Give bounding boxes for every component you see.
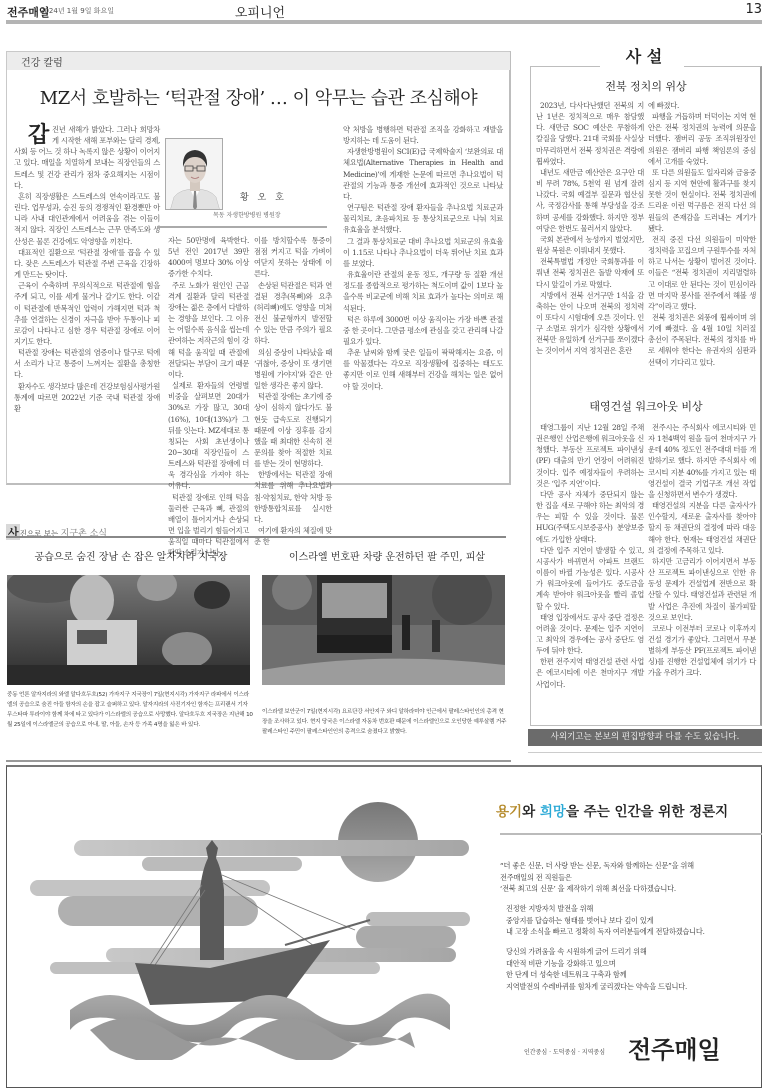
ad-line: 대안적 비판 기능을 강화하고 있으며 xyxy=(506,958,687,970)
paragraph: 약 처방을 병행하면 턱관절 조직을 강화하고 재발을 방지하는 데 도움이 된… xyxy=(343,124,503,146)
ad-slogan: 용기와 희망을 주는 인간을 위한 정론지 xyxy=(496,800,728,820)
paragraph: 전북 정치권은 외풍에 휩싸이며 위기에 빠졌다. 올 4월 10일 치러질 총… xyxy=(648,312,756,368)
ad-line: 진정한 지방자치 발전을 위해 xyxy=(506,903,705,915)
ad-motto: 인간중심 · 도덕중심 · 지역중심 xyxy=(524,1047,605,1056)
paragraph: 손상된 턱관절은 턱과 연결된 경추(목뼈)와 요추(허리뼈)에도 영향을 미쳐… xyxy=(254,280,332,347)
paragraph: 유효율이란 관절의 운동 정도, 개구량 등 질환 개선 정도를 종합적으로 평… xyxy=(343,269,503,314)
paragraph: 그 결과 통상치료군 대비 추나요법 치료군의 유효율이 1.15로 나타나 추… xyxy=(343,236,503,269)
editorial-2-left: 태영그룹이 지난 12월 28일 주채권은행인 산업은행에 워크아웃을 신청했다… xyxy=(536,422,644,690)
paragraph: 전북특별법 개정안 국회통과를 이뤄낸 전북 정치권은 돌발 악재에 또다시 앞… xyxy=(536,256,644,289)
ad-line: “더 좋은 신문, 더 사랑 받는 신문, 독자와 함께하는 신문”을 위해 xyxy=(500,860,694,872)
column-tag-bar: 건강 칼럼 xyxy=(7,52,510,70)
photo-grieving-journalist xyxy=(7,575,250,685)
author-affiliation: 목동 자생한방병원 병원장 xyxy=(213,210,281,219)
ad-paragraph-3: 당신의 가려움을 속 시원하게 긁어 드리기 위해 대안적 비판 기능을 강화하… xyxy=(506,946,687,992)
paragraph: 턱관절 장애는 턱관절의 염증이나 탈구로 턱에서 소리가 나고 통증이 느껴지… xyxy=(14,347,160,380)
paragraph: 또 다른 의원들도 일자리와 금융중심지 등 지역 현안에 활과구를 찾지 못한… xyxy=(648,167,756,234)
author-name: 황 오 호 xyxy=(240,190,287,203)
paragraph: 주로 노화가 원인인 근골격계 질환과 달리 턱관절 장애는 젊은 층에서 다발… xyxy=(168,280,249,380)
paragraph: 태영 입장에서도 공사 중단 결정은 어려울 것이다. 문제는 입주 지연이고 … xyxy=(536,612,644,657)
ad-line: 당신의 가려움을 속 시원하게 긁어 드리기 위해 xyxy=(506,946,687,958)
paragraph: 의심 증상이 나타났을 때 ‘귀찮아, 증상이 또 생기면 병원에 가야지’와 … xyxy=(254,347,332,392)
column-text-col1: 갑 진년 새해가 밝았다. 그러나 희망차게 시작한 새해 포부와는 달리 경제… xyxy=(14,124,160,414)
photo-vehicle-scene xyxy=(262,575,505,685)
editorial-1-right: 에 빠졌다. 파행을 거듭하며 터덕이는 지역 현안은 전북 정치권의 능력에 … xyxy=(648,100,756,368)
editorial-2-right: 전주시는 주식회사 에코시티와 민자 1천4백억 원을 들여 천마지구 가운데 … xyxy=(648,422,756,679)
editorial-1-left: 2023년, 다사다난했던 전북의 지난 1년은 정치적으로 매우 참담했다. … xyxy=(536,100,644,357)
photo-news-rule xyxy=(6,536,506,538)
slogan-rest: 을 주는 인간을 위한 정론지 xyxy=(566,804,728,820)
column-tag: 건강 칼럼 xyxy=(21,54,63,69)
paragraph: 추운 날씨와 함께 궂은 일들이 팍팍해지는 요즘, 이를 악물겠다는 각오로 … xyxy=(343,347,503,392)
paragraph: 내년도 새만금 예산안은 요구안 대비 무려 78%, 5천억 원 넘게 잘려나… xyxy=(536,167,644,234)
ad-line: 중앙지를 답습하는 형태를 벗어나 보다 깊이 있게 xyxy=(506,915,705,927)
paper-logo: 전주매일 xyxy=(628,1030,721,1065)
disclaimer-rule xyxy=(528,752,762,753)
header-rule xyxy=(6,20,762,24)
editorial-headline-2[interactable]: 태영건설 워크아웃 비상 xyxy=(530,398,762,414)
column-headline[interactable]: MZ서 호발하는 ‘턱관절 장애’ … 이 악무는 습관 조심해야 xyxy=(7,84,510,110)
paragraph: 흔히 직장생활은 스트레스의 연속이라고도 불린다. 업무성과, 승진 등의 경… xyxy=(14,191,160,247)
paragraph: 코로나 이전부터 코로나 이후까지 건설 경기가 좋았다. 그러면서 무분별하게… xyxy=(648,623,756,679)
slogan-hope: 희망 xyxy=(540,804,566,820)
ad-line: 전주매일의 전 직원들은 xyxy=(500,872,694,884)
paragraph: 근육이 수축하며 무의식적으로 턱관절에 힘을 주게 되고, 이를 세게 물거나… xyxy=(14,280,160,347)
photo-news-bottom-rule xyxy=(6,760,511,762)
ad-line: 한 단계 더 성숙한 네트워크 구축과 함께 xyxy=(506,969,687,981)
disclaimer-bar: 사외기고는 본보의 편집방향과 다를 수도 있습니다. xyxy=(528,729,762,746)
author-divider xyxy=(157,226,327,228)
paragraph: 턱은 하루에 3000번 이상 움직이는 가장 바쁜 관절 중 한 곳이다. 그… xyxy=(343,314,503,347)
paragraph: 대표적인 질환으로 ‘턱관절 장애’를 꼽을 수 있다. 잦은 스트레스가 턱관… xyxy=(14,247,160,280)
paragraph: 환자수도 생각보다 많은데 건강보험심사평가원 통계에 따르면 2022년 기준… xyxy=(14,381,160,414)
paragraph: 지방에서 전북 선거구만 1석을 감축하는 안이 나오며 전북의 정치력이 또다… xyxy=(536,290,644,357)
paragraph: 태영건설의 지분을 다른 출자사가 인수할지, 새로운 출자사를 찾아야 할지 … xyxy=(648,500,756,556)
paragraph: 이를 방치할수록 통증이 점점 커지고 턱을 가벼이 여닫지 못하는 상태에 이… xyxy=(254,235,332,280)
ad-paragraph-1: “더 좋은 신문, 더 사랑 받는 신문, 독자와 함께하는 신문”을 위해 전… xyxy=(500,860,694,895)
paragraph: 실제로 환자들의 연령별 비중을 살펴보면 20대가 30%로 가장 많고, 3… xyxy=(168,380,249,492)
paragraph: 연구팀은 턱관절 장애 환자들을 추나요법 치료군과 물리치료, 초음파치료 등… xyxy=(343,202,503,235)
photo-caption-1: 중동 언론 알자지라의 와엘 알다흐두흐(52) 가자지구 지국장이 7일(현지… xyxy=(7,690,253,730)
column-text-col3: 이를 방치할수록 통증이 점점 커지고 턱을 가벼이 여닫지 못하는 상태에 이… xyxy=(254,235,332,547)
paragraph: 국회 본관에서 농성까지 벌였지만, 원상 복원은 이뤄내지 못했다. xyxy=(536,234,644,256)
ad-line: ‘전북 최고의 신문’ 을 제작하기 위해 최선을 다하겠습니다. xyxy=(500,883,694,895)
paragraph: 전직 중진 다선 의원들이 미약한 정치력을 꼬집으며 구원투수를 자처하고 나… xyxy=(648,234,756,312)
paragraph: 2023년, 다사다난했던 전북의 지난 1년은 정치적으로 매우 참담했다. … xyxy=(536,100,644,167)
slogan-connector: 와 xyxy=(522,804,540,820)
paragraph: 하지만 고금리가 이어지면서 부동산 프로젝트 파이낸싱으로 인한 유동성 문제… xyxy=(648,556,756,623)
ship-illustration xyxy=(30,800,470,1060)
photo-news-title-2[interactable]: 이스라엘 번호판 차량 운전하던 팔 주민, 피살 xyxy=(262,548,512,563)
slogan-courage: 용기 xyxy=(496,804,522,820)
column-text-col4: 약 처방을 병행하면 턱관절 조직을 강화하고 재발을 방지하는 데 도움이 된… xyxy=(343,124,503,392)
paragraph: 전주시는 주식회사 에코시티와 민자 1천4백억 원을 들여 천마지구 가운데 … xyxy=(648,422,756,500)
ad-paragraph-2: 진정한 지방자치 발전을 위해 중앙지를 답습하는 형태를 벗어나 보다 깊이 … xyxy=(506,903,705,938)
page-number: 13 xyxy=(745,2,762,17)
paragraph: 한방에서는 턱관절 장애 치료를 위해 추나요법과 침·약침치료, 한약 처방 … xyxy=(254,469,332,525)
ad-divider xyxy=(500,833,762,835)
paragraph: 자생한방병원이 SCI(E)급 국제학술지 ‘보완의료 대체요법(Alterna… xyxy=(343,146,503,202)
paragraph: 자는 50만명에 육박한다. 5년 전인 2017년 39만4000여 명보다 … xyxy=(168,235,249,280)
paragraph: 한편 전주지역 태영건설 관련 사업은 에코시티에 이은 천마지구 개발 사업이… xyxy=(536,656,644,689)
ad-line: 지역발전의 수레바퀴를 힘차게 굴리겠다는 약속을 드립니다. xyxy=(506,981,687,993)
photo-news-title-1[interactable]: 공습으로 숨진 장남 손 잡은 알자지라 지국장 xyxy=(6,548,256,563)
paragraph: 다만 입주 지연이 발생할 수 있고, 시공사가 바뀌면서 아파트 브랜드 이름… xyxy=(536,545,644,612)
photo-caption-2: 이스라엘 보안군이 7일(현지시각) 요르단강 서안지구 와디 알하라미야 인근… xyxy=(262,707,508,737)
author-photo xyxy=(165,138,223,210)
section-title: 오피니언 xyxy=(0,2,520,21)
dropcap: 갑 xyxy=(28,124,49,146)
paragraph: 다만 공사 자체가 중단되지 않는 한 집을 새로 구해야 하는 최악의 경우는… xyxy=(536,489,644,545)
paragraph: 파행을 거듭하며 터덕이는 지역 현안은 전북 정치권의 능력에 의문을 더했다… xyxy=(648,111,756,167)
paragraph: 턱관절 장애는 초기에 증상이 심하지 않다가도 불현듯 급속도로 진행되기 때… xyxy=(254,391,332,469)
editorial-headline-1[interactable]: 전북 정치의 위상 xyxy=(530,78,762,94)
ad-line: 내 고장 소식을 빠르고 정확히 독자 여러분들에게 전달하겠습니다. xyxy=(506,926,705,938)
editorial-section-title: 사 설 xyxy=(520,44,768,67)
paragraph: 에 빠졌다. xyxy=(648,100,756,111)
column-text-col2: 자는 50만명에 육박한다. 5년 전인 2017년 39만4000여 명보다 … xyxy=(168,235,249,559)
paragraph: 태영그룹이 지난 12월 28일 주채권은행인 산업은행에 워크아웃을 신청했다… xyxy=(536,422,644,489)
